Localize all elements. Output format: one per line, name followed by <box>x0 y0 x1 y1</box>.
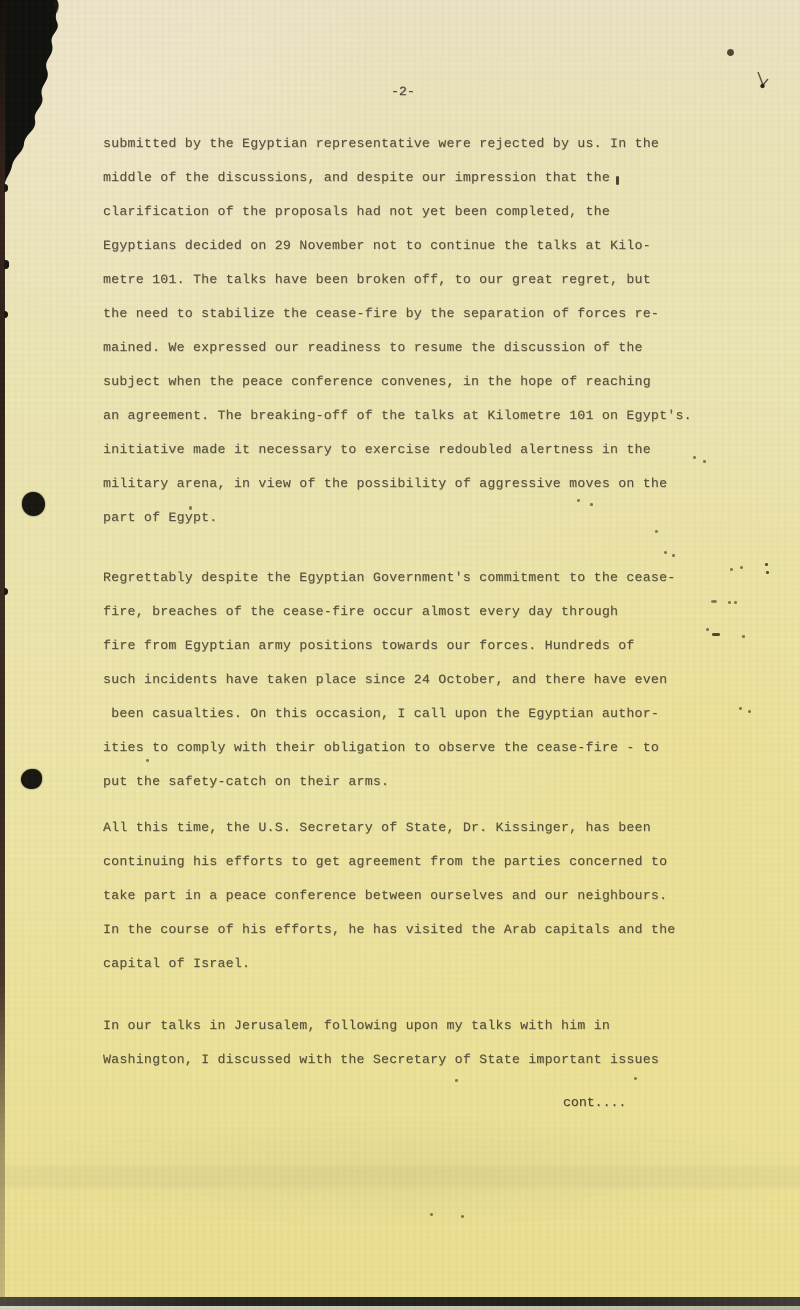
ink-speck <box>146 759 149 762</box>
ink-speck <box>616 176 619 185</box>
ink-dot-left-upper <box>22 492 45 516</box>
text-line: subject when the peace conference conven… <box>103 365 692 399</box>
ink-speck <box>577 499 580 502</box>
ink-speck <box>189 506 192 510</box>
ink-speck <box>672 554 675 557</box>
text-line: ities to comply with their obligation to… <box>103 731 675 765</box>
ink-speck <box>711 600 717 603</box>
ink-speck <box>728 601 731 604</box>
edge-nub <box>4 184 8 192</box>
text-line: initiative made it necessary to exercise… <box>103 433 692 467</box>
paragraph: submitted by the Egyptian representative… <box>103 127 692 535</box>
ink-dot-left-lower <box>21 769 42 789</box>
ink-speck <box>703 460 706 463</box>
left-edge-shadow <box>0 0 5 1310</box>
ink-speck <box>727 49 734 56</box>
scan-smudge <box>0 1166 800 1188</box>
text-line: middle of the discussions, and despite o… <box>103 161 692 195</box>
text-line: In the course of his efforts, he has vis… <box>103 913 675 947</box>
continuation-marker: cont.... <box>563 1086 626 1120</box>
paragraph: In our talks in Jerusalem, following upo… <box>103 1009 659 1077</box>
ink-speck <box>655 530 658 533</box>
edge-nub <box>4 588 8 595</box>
edge-nub <box>4 260 9 269</box>
text-line: capital of Israel. <box>103 947 675 981</box>
text-line: fire, breaches of the cease-fire occur a… <box>103 595 675 629</box>
text-line: Egyptians decided on 29 November not to … <box>103 229 692 263</box>
text-line: In our talks in Jerusalem, following upo… <box>103 1009 659 1043</box>
page-number: -2- <box>391 82 415 102</box>
text-line: metre 101. The talks have been broken of… <box>103 263 692 297</box>
text-line: Regrettably despite the Egyptian Governm… <box>103 561 675 595</box>
text-line: been casualties. On this occasion, I cal… <box>103 697 675 731</box>
text-line: take part in a peace conference between … <box>103 879 675 913</box>
ink-speck <box>693 456 696 459</box>
ink-speck <box>706 628 709 631</box>
ink-speck <box>740 566 743 569</box>
pen-tick-mark <box>752 70 774 94</box>
bottom-scan-edge <box>0 1297 800 1306</box>
text-line: an agreement. The breaking-off of the ta… <box>103 399 692 433</box>
text-line: submitted by the Egyptian representative… <box>103 127 692 161</box>
ink-speck <box>455 1079 458 1082</box>
ink-speck <box>461 1215 464 1218</box>
edge-nub <box>4 311 8 318</box>
ink-speck <box>748 710 751 713</box>
ink-speck <box>766 571 769 574</box>
paragraph: All this time, the U.S. Secretary of Sta… <box>103 811 675 981</box>
paragraph: Regrettably despite the Egyptian Governm… <box>103 561 675 799</box>
text-line: continuing his efforts to get agreement … <box>103 845 675 879</box>
bottom-scan-highlight <box>0 1306 800 1310</box>
text-line: mained. We expressed our readiness to re… <box>103 331 692 365</box>
torn-corner-ink-blob <box>0 0 90 230</box>
ink-speck <box>734 601 737 604</box>
ink-speck <box>590 503 593 506</box>
text-line: military arena, in view of the possibili… <box>103 467 692 501</box>
document-page: -2- submitted by the Egyptian representa… <box>0 0 800 1310</box>
ink-speck <box>664 551 667 554</box>
ink-speck <box>765 563 768 566</box>
ink-speck <box>712 633 720 636</box>
ink-speck <box>739 707 742 710</box>
text-line: Washington, I discussed with the Secreta… <box>103 1043 659 1077</box>
text-line: the need to stabilize the cease-fire by … <box>103 297 692 331</box>
text-line: put the safety-catch on their arms. <box>103 765 675 799</box>
ink-speck <box>742 635 745 638</box>
ink-speck <box>430 1213 433 1216</box>
ink-speck <box>730 568 733 571</box>
text-line: such incidents have taken place since 24… <box>103 663 675 697</box>
text-line: clarification of the proposals had not y… <box>103 195 692 229</box>
text-line: fire from Egyptian army positions toward… <box>103 629 675 663</box>
text-line: All this time, the U.S. Secretary of Sta… <box>103 811 675 845</box>
ink-speck <box>634 1077 637 1080</box>
